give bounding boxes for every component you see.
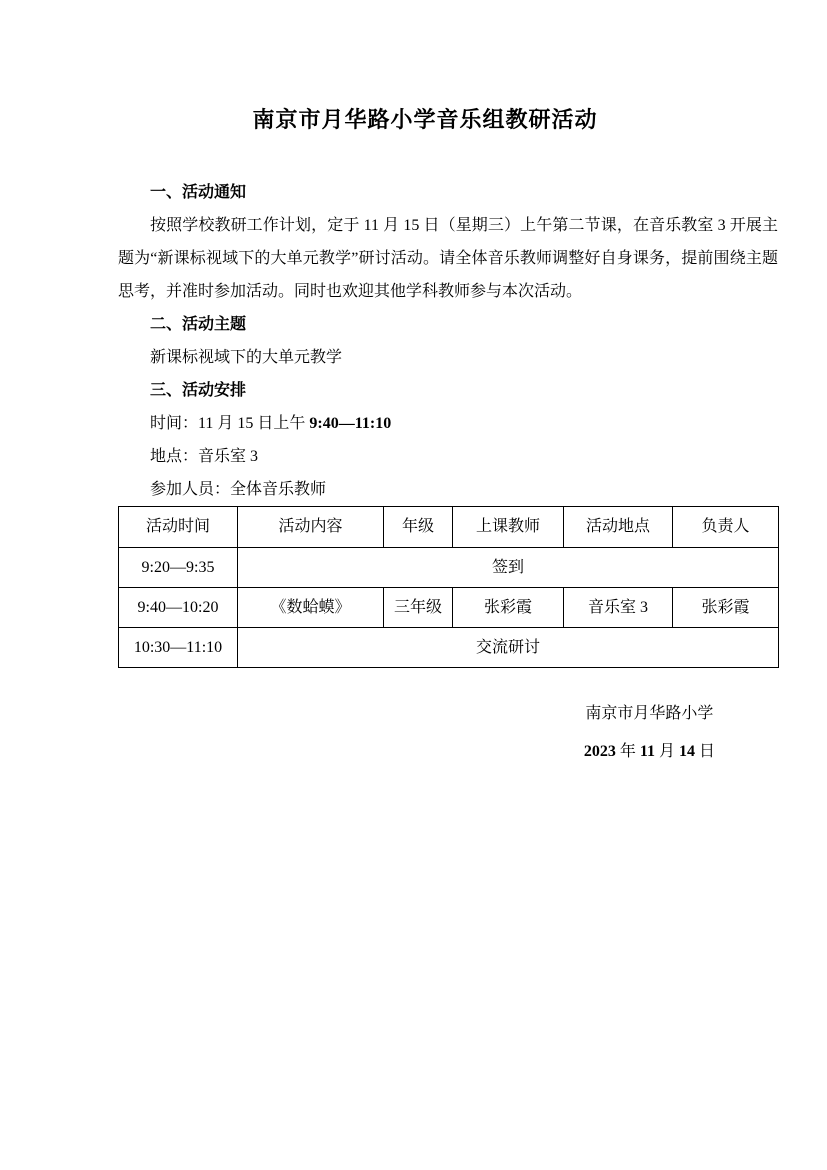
cell-grade-lesson: 三年级 [384,588,453,628]
cell-time-lesson: 9:40—10:20 [119,588,238,628]
signature-block: 南京市月华路小学 2023 年 11 月 14 日 [584,697,715,768]
section-1-heading: 一、活动通知 [118,176,778,209]
cell-place-lesson: 音乐室 3 [564,588,673,628]
header-cell-activity-content: 活动内容 [238,507,384,548]
signature-day-label: 日 [695,743,715,760]
activity-theme-text: 新课标视域下的大单元教学 [118,341,778,374]
document-page: 南京市月华路小学音乐组教研活动 一、活动通知 按照学校教研工作计划，定于 11 … [0,0,827,1170]
section-1-paragraph: 按照学校教研工作计划，定于 11 月 15 日（星期三）上午第二节课，在音乐教室… [118,209,778,308]
header-cell-activity-time: 活动时间 [119,507,238,548]
page-title: 南京市月华路小学音乐组教研活动 [95,100,755,140]
table-row: 9:20—9:35 签到 [119,548,779,588]
table-row: 10:30—11:10 交流研讨 [119,628,779,668]
cell-time-discussion: 10:30—11:10 [119,628,238,668]
cell-time-signin: 9:20—9:35 [119,548,238,588]
header-cell-teacher: 上课教师 [453,507,564,548]
cell-merged-discussion: 交流研讨 [238,628,779,668]
signature-month-label: 月 [655,743,679,760]
header-cell-activity-place: 活动地点 [564,507,673,548]
schedule-table: 活动时间 活动内容 年级 上课教师 活动地点 负责人 9:20—9:35 签到 … [118,506,779,668]
activity-time-label: 时间：11 月 15 日上午 [150,415,309,432]
signature-date-day: 14 [679,743,695,760]
signature-year-label: 年 [616,743,640,760]
signature-org: 南京市月华路小学 [584,697,715,730]
table-row: 9:40—10:20 《数蛤蟆》 三年级 张彩霞 音乐室 3 张彩霞 [119,588,779,628]
section-3-heading: 三、活动安排 [118,374,778,407]
header-cell-lead: 负责人 [673,507,779,548]
header-cell-grade: 年级 [384,507,453,548]
signature-date: 2023 年 11 月 14 日 [584,735,715,768]
activity-location-line: 地点：音乐室 3 [118,440,778,473]
cell-content-lesson: 《数蛤蟆》 [238,588,384,628]
signature-date-month: 11 [640,743,655,760]
cell-merged-signin: 签到 [238,548,779,588]
cell-teacher-lesson: 张彩霞 [453,588,564,628]
cell-lead-lesson: 张彩霞 [673,588,779,628]
table-header-row: 活动时间 活动内容 年级 上课教师 活动地点 负责人 [119,507,779,548]
document-body: 一、活动通知 按照学校教研工作计划，定于 11 月 15 日（星期三）上午第二节… [118,176,778,768]
activity-time-line: 时间：11 月 15 日上午 9:40—11:10 [118,407,778,440]
section-2-heading: 二、活动主题 [118,308,778,341]
activity-time-range: 9:40—11:10 [309,415,391,432]
activity-participants-line: 参加人员：全体音乐教师 [118,473,778,506]
signature-date-year: 2023 [584,743,616,760]
